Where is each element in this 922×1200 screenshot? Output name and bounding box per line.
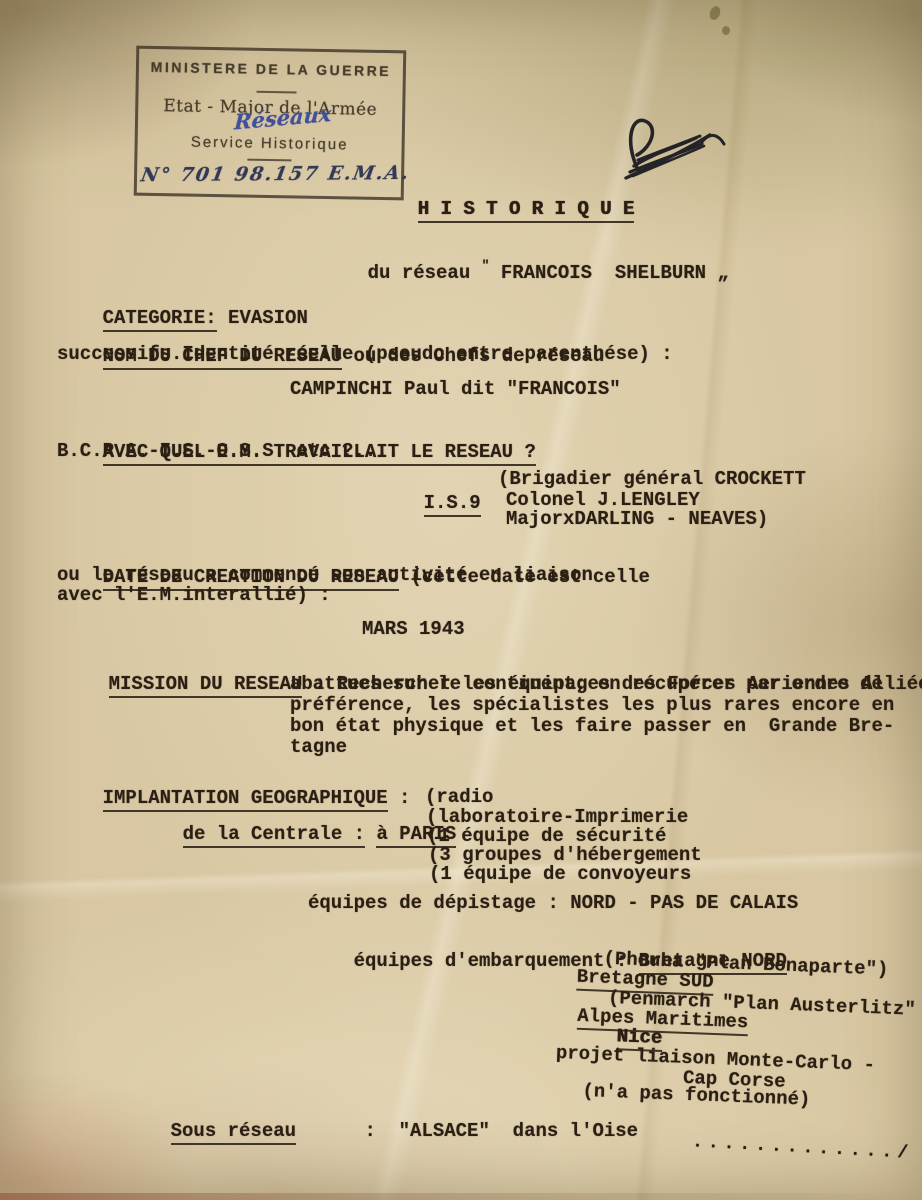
- ministry-stamp: MINISTERE DE LA GUERRE Etat - Major de l…: [134, 46, 407, 201]
- stamp-divider: [247, 159, 291, 162]
- creation-value: MARS 1943: [362, 618, 465, 640]
- paper-stain: [722, 26, 730, 35]
- paper-stain: [708, 5, 722, 22]
- stamp-divider: [257, 91, 297, 94]
- mission-line5: tagne: [290, 736, 347, 758]
- chef-value: CAMPINCHI Paul dit "FRANCOIS": [290, 378, 621, 400]
- staff-line3: MajorxDARLING - NEAVES): [506, 508, 768, 530]
- centrale-gap: [365, 823, 376, 845]
- mission-line2: abattues sur le continent; en récupérer …: [290, 673, 883, 695]
- stamp-line-ministere: MINISTERE DE LA GUERRE: [139, 59, 403, 80]
- sous-reseau-label: Sous réseau: [171, 1120, 296, 1145]
- creation-line3: avec l'E.M.interallié) :: [57, 584, 331, 606]
- subtitle-network-name: FRANCOIS SHELBURN: [489, 262, 717, 284]
- etat-major-answer: I.S.9: [378, 470, 481, 536]
- subtitle-close-quote: „: [718, 262, 729, 284]
- etat-major-services: B.C.R.A.-I.S.-O.S.S. etc ?....: [57, 440, 399, 462]
- sous-reseau-value: : "ALSACE" dans l'Oise: [296, 1120, 638, 1142]
- staff-line1: (Brigadier général CROCKETT: [498, 468, 806, 490]
- depistage-line: équipes de dépistage : NORD - PAS DE CAL…: [308, 892, 798, 914]
- continuation-dots: ............./: [692, 1132, 914, 1164]
- handwriting-reseaux: Réseaux: [234, 103, 332, 134]
- subtitle-prefix: du réseau: [368, 262, 482, 284]
- page-title-text: H I S T O R I Q U E: [418, 198, 635, 223]
- etat-major-answer-text: I.S.9: [424, 492, 481, 517]
- mission-line3: préférence, les spécialistes les plus ra…: [290, 694, 894, 716]
- paper-edge-shadow: [0, 1193, 922, 1200]
- centrale-line: de la Centrale : à PARIS: [137, 801, 456, 867]
- mission-line4: bon état physique et les faire passer en…: [290, 715, 894, 737]
- scanned-document-page: MINISTERE DE LA GUERRE Etat - Major de l…: [0, 0, 922, 1200]
- paris-item-convoyeurs: (1 équipe de convoyeurs: [429, 863, 691, 885]
- mission-label: MISSION DU RESEAU: [109, 673, 303, 698]
- stamp-line-service-historique: Service Historique: [138, 133, 402, 155]
- chef-line2: successifs.Identité réelle (pseudo entre…: [57, 343, 673, 365]
- sous-reseau-line: Sous réseau : "ALSACE" dans l'Oise: [125, 1098, 638, 1164]
- centrale-label: de la Centrale :: [183, 823, 365, 848]
- subtitle: du réseau " FRANCOIS SHELBURN „: [322, 233, 729, 306]
- creation-line2: ou le réseau a commencé son activité en …: [57, 564, 593, 586]
- embarquement-detail-block: (Phouha "Plan Bonaparte") Bretagne SUD (…: [554, 946, 922, 1120]
